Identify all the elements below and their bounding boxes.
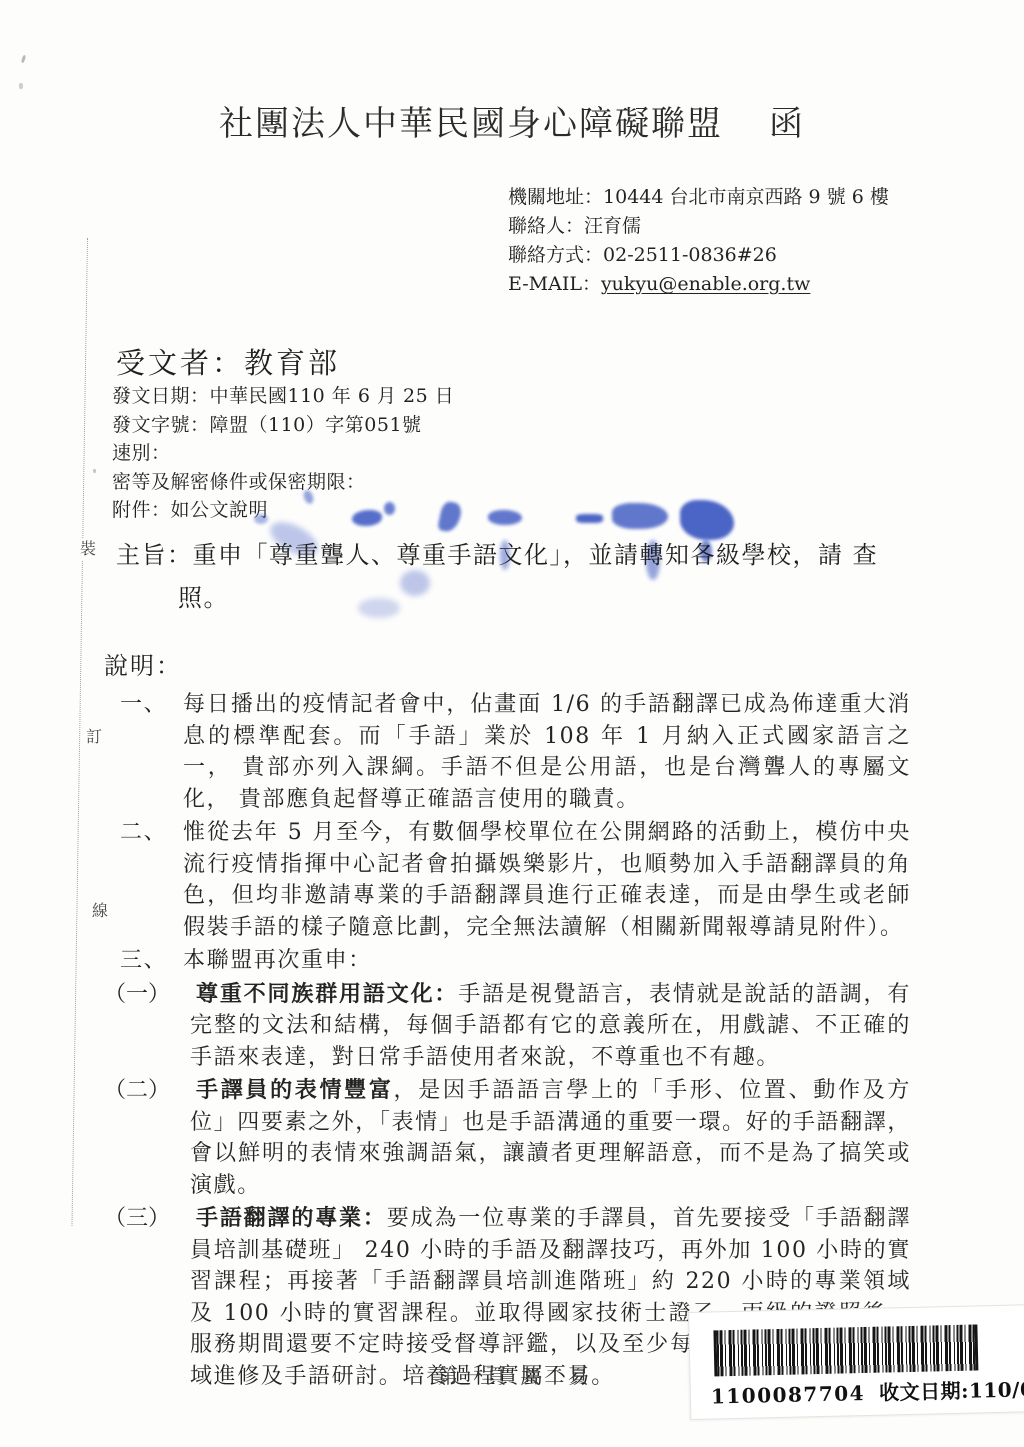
subitem-bold-lead: 尊重不同族群用語文化： bbox=[196, 981, 458, 1007]
doc-type-letter: 函 bbox=[769, 104, 805, 144]
page-number: 第一頁 共二頁 bbox=[438, 1360, 592, 1389]
sender-address: 機關地址：10444 台北市南京西路 9 號 6 樓 bbox=[508, 183, 889, 212]
org-name: 社團法人中華民國身心障礙聯盟 bbox=[219, 104, 723, 144]
binding-mark-ding: 訂 bbox=[86, 726, 102, 748]
meta-attachment: 附件：如公文說明 bbox=[112, 496, 454, 525]
meta-doc-number: 發文字號：障盟（110）字第051號 bbox=[112, 411, 454, 440]
sender-contact-method: 聯絡方式：02-2511-0836#26 bbox=[508, 241, 889, 270]
scanned-official-letter: { "letterhead": { "org_name": "社團法人中華民國身… bbox=[0, 0, 1024, 1447]
scan-speck bbox=[93, 469, 96, 473]
sender-contact-person: 聯絡人：汪育儒 bbox=[508, 212, 889, 241]
email-address: yukyu@enable.org.tw bbox=[601, 273, 810, 295]
meta-security: 密等及解密條件或保密期限： bbox=[112, 468, 454, 497]
subitem-marker: （一） bbox=[104, 979, 170, 1011]
explanation-heading: 說明： bbox=[104, 646, 911, 681]
explanation-section: 說明： 一、 每日播出的疫情記者會中，佔畫面 1/6 的手語翻譯已成為佈達重大消… bbox=[104, 646, 911, 1394]
subject-line-1: 主旨：重申「尊重聾人、尊重手語文化」，並請轉知各級學校，請 查 bbox=[116, 534, 926, 577]
explanation-item-3: 三、 本聯盟再次重申： bbox=[104, 945, 911, 977]
binding-mark-zhuang: 裝 bbox=[80, 538, 96, 560]
subitem-bold-lead: 手語翻譯的專業： bbox=[196, 1205, 387, 1231]
receipt-info: 1100087704收文日期:110/06/29 bbox=[711, 1372, 1024, 1409]
explanation-item-1: 一、 每日播出的疫情記者會中，佔畫面 1/6 的手語翻譯已成為佈達重大消息的標準… bbox=[104, 689, 911, 815]
scan-speck bbox=[19, 83, 23, 89]
recipient-line: 受文者：教育部 bbox=[116, 341, 340, 382]
scan-speck bbox=[21, 55, 26, 64]
document-title: 社團法人中華民國身心障礙聯盟函 bbox=[0, 96, 1024, 145]
sender-contact-block: 機關地址：10444 台北市南京西路 9 號 6 樓 聯絡人：汪育儒 聯絡方式：… bbox=[508, 183, 889, 299]
document-meta-block: 發文日期：中華民國110 年 6 月 25 日 發文字號：障盟（110）字第05… bbox=[112, 382, 454, 525]
subitem-marker: （三） bbox=[104, 1203, 170, 1235]
subject-line-2: 照。 bbox=[116, 577, 926, 620]
barcode bbox=[713, 1324, 978, 1376]
item-marker: 二、 bbox=[120, 817, 167, 849]
subitem-marker: （二） bbox=[104, 1075, 170, 1107]
receipt-barcode-sticker: 1100087704收文日期:110/06/29 bbox=[688, 1304, 1024, 1420]
recipient-name: 教育部 bbox=[244, 346, 340, 380]
explanation-subitem-2: （二） 手譯員的表情豐富，是因手語語言學上的「手形、位置、動作及方位」四要素之外… bbox=[104, 1075, 911, 1201]
meta-issue-date: 發文日期：中華民國110 年 6 月 25 日 bbox=[112, 382, 454, 411]
item-marker: 一、 bbox=[120, 689, 167, 721]
receipt-date: 收文日期:110/06/29 bbox=[879, 1376, 1024, 1405]
explanation-subitem-1: （一） 尊重不同族群用語文化：手語是視覺語言，表情就是說話的語調，有完整的文法和… bbox=[104, 979, 911, 1074]
sender-email: E-MAIL：yukyu@enable.org.tw bbox=[508, 270, 889, 299]
item-marker: 三、 bbox=[120, 945, 167, 977]
meta-speed: 速別： bbox=[112, 439, 454, 468]
subject-block: 主旨：重申「尊重聾人、尊重手語文化」，並請轉知各級學校，請 查 照。 bbox=[116, 534, 926, 620]
explanation-item-2: 二、 惟從去年 5 月至今，有數個學校單位在公開網路的活動上，模仿中央流行疫情指… bbox=[104, 817, 911, 943]
receipt-number: 1100087704 bbox=[711, 1381, 866, 1408]
subitem-bold-lead: 手譯員的表情豐富 bbox=[196, 1077, 394, 1103]
